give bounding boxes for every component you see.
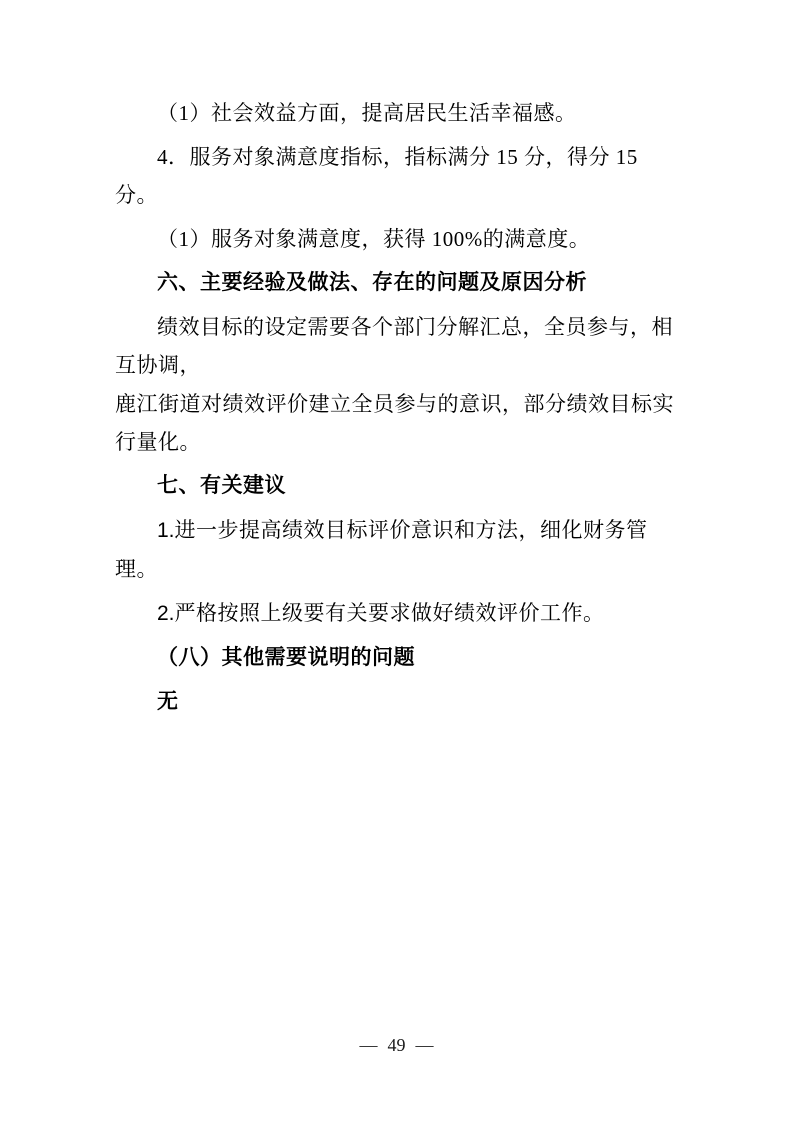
paragraph-experience-line-2: 鹿江街道对绩效评价建立全员参与的意识，部分绩效目标实行量化。 — [115, 385, 681, 461]
section-heading-six: 六、主要经验及做法、存在的问题及原因分析 — [115, 264, 681, 302]
paragraph-satisfaction-result: （1）服务对象满意度，获得 100%的满意度。 — [115, 220, 681, 258]
paragraph-experience-line-1: 绩效目标的设定需要各个部门分解汇总，全员参与，相互协调， — [115, 308, 681, 384]
paragraph-satisfaction-indicator: 4．服务对象满意度指标，指标满分 15 分，得分 15 分。 — [115, 138, 681, 214]
footer-dash-right: — — [416, 1035, 434, 1055]
page-footer: —49— — [0, 1032, 793, 1058]
section-heading-seven: 七、有关建议 — [115, 467, 681, 505]
suggestion-number-2: 2. — [157, 602, 175, 625]
suggestion-text-2: 严格按照上级要有关要求做好绩效评价工作。 — [175, 601, 605, 625]
suggestion-item-2: 2.严格按照上级要有关要求做好绩效评价工作。 — [115, 594, 681, 633]
page-number: 49 — [388, 1035, 406, 1055]
footer-dash-left: — — [360, 1035, 378, 1055]
document-page: （1）社会效益方面，提高居民生活幸福感。 4．服务对象满意度指标，指标满分 15… — [0, 0, 793, 1122]
suggestion-item-1: 1.进一步提高绩效目标评价意识和方法，细化财务管理。 — [115, 511, 681, 588]
suggestion-text-1: 进一步提高绩效目标评价意识和方法，细化财务管理。 — [115, 518, 648, 581]
document-content: （1）社会效益方面，提高居民生活幸福感。 4．服务对象满意度指标，指标满分 15… — [115, 94, 681, 727]
section-heading-eight: （八）其他需要说明的问题 — [115, 639, 681, 677]
paragraph-none: 无 — [115, 683, 681, 721]
suggestion-number-1: 1. — [157, 519, 175, 542]
paragraph-social-benefit: （1）社会效益方面，提高居民生活幸福感。 — [115, 94, 681, 132]
